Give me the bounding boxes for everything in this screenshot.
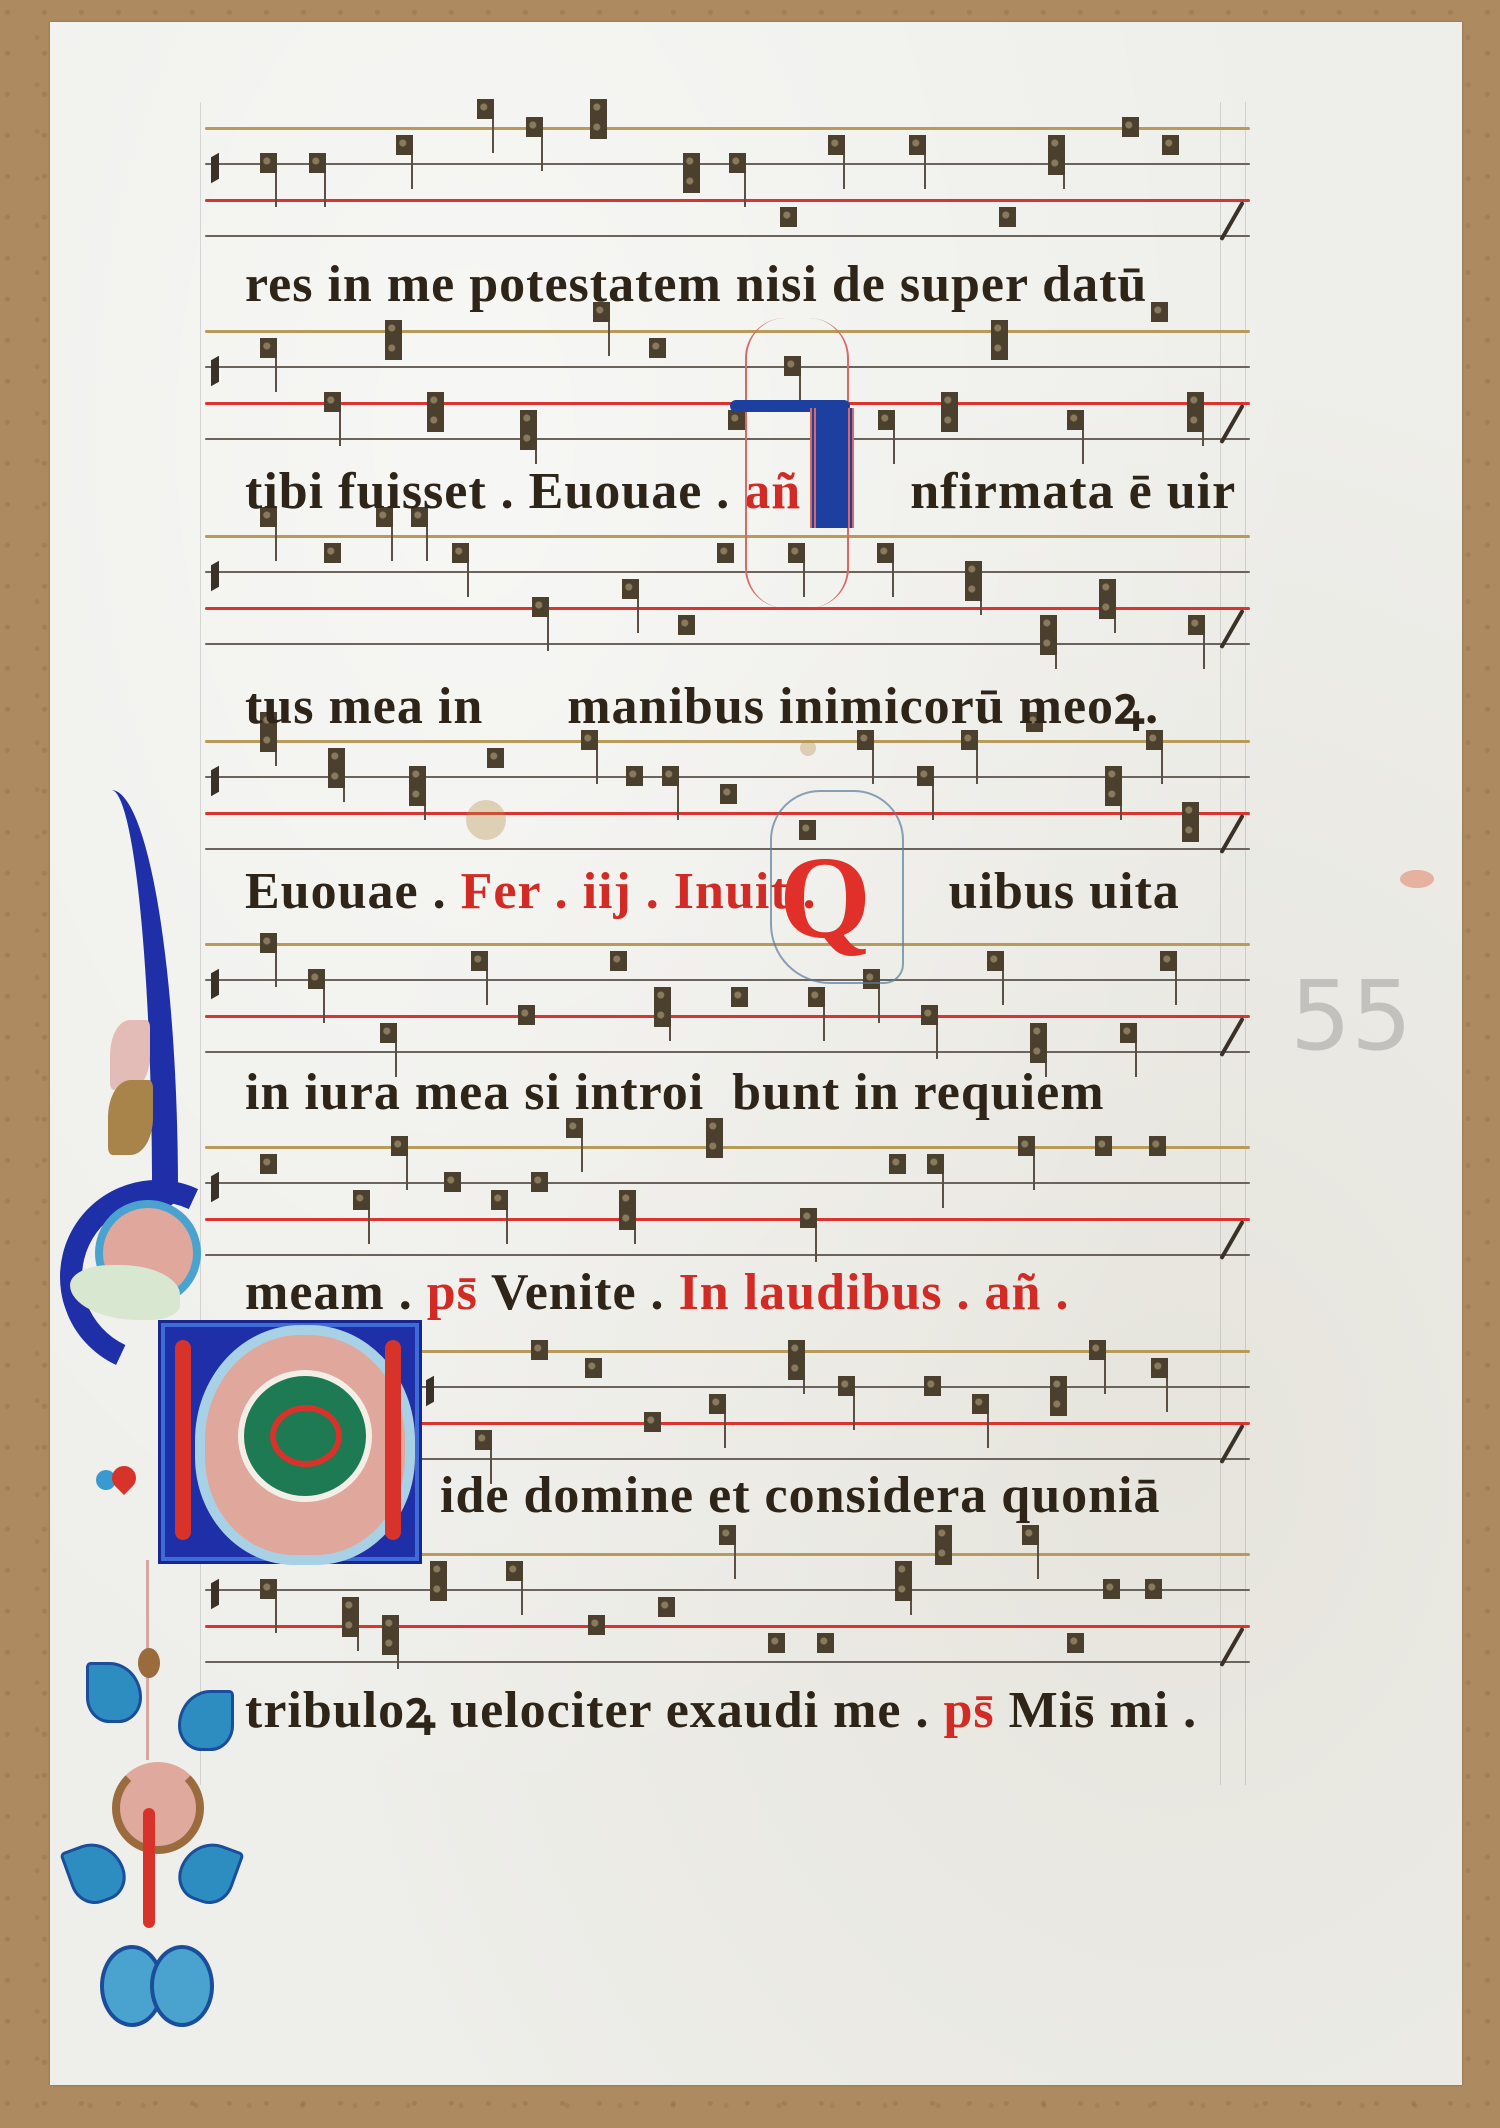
neume-note (1105, 766, 1122, 786)
border-pendant-bead (138, 1648, 160, 1678)
neume-note (941, 392, 958, 412)
neume-note (1103, 1579, 1120, 1599)
neume-note (328, 768, 345, 788)
staff-line-gold (205, 127, 1250, 130)
staff-line-dark (420, 1386, 1250, 1388)
staff-line-red (205, 199, 1250, 202)
lyric-text: res in me potestatem nisi de super datū (245, 256, 1147, 313)
neume-note (1120, 1023, 1137, 1043)
neume-note (532, 597, 549, 617)
stain (800, 740, 816, 756)
text-line-1: res in me potestatem nisi de super datū (245, 255, 1147, 314)
neume-note (531, 1172, 548, 1192)
neume-note (909, 135, 926, 155)
neume-note (1048, 135, 1065, 155)
neume-note (788, 1360, 805, 1380)
neume-note (518, 1005, 535, 1025)
neume-note (1122, 117, 1139, 137)
neume-note (342, 1597, 359, 1617)
rubric-lauds-antiphon: In laudibus . añ . (679, 1264, 1070, 1321)
neume-note (1030, 1023, 1047, 1043)
staff-line-red (205, 1625, 1250, 1628)
neume-note (817, 1633, 834, 1653)
neume-note (619, 1190, 636, 1210)
neume-note (382, 1615, 399, 1635)
neume-note (1067, 410, 1084, 430)
neume-note (729, 153, 746, 173)
lyric-text: in iura mea si introi bunt in requiem (245, 1064, 1105, 1121)
neume-note (260, 1579, 277, 1599)
neume-note (487, 748, 504, 768)
text-line-5: in iura mea si introi bunt in requiem (245, 1063, 1105, 1122)
neume-note (260, 1154, 277, 1174)
neume-note (1151, 302, 1168, 322)
neume-note (585, 1358, 602, 1378)
neume-note (991, 320, 1008, 340)
clef-icon (211, 356, 219, 387)
stain (1400, 870, 1434, 888)
clef-icon (211, 969, 219, 1000)
neume-note (719, 1525, 736, 1545)
neume-note (654, 1007, 671, 1027)
lyric-text: meam . (245, 1264, 413, 1321)
neume-note (520, 430, 537, 450)
neume-note (477, 99, 494, 119)
neume-note (1050, 1376, 1067, 1396)
lyric-text: ide domine et considera quoniā (440, 1467, 1161, 1524)
staff-line-dark (205, 1182, 1250, 1184)
neume-note (717, 543, 734, 563)
staff-line-dark (205, 366, 1250, 368)
staff-line-red (420, 1422, 1250, 1425)
neume-note (260, 338, 277, 358)
text-line-8: tribuloꝝ uelociter exaudi me . ps̄ Mis̄ … (245, 1672, 1197, 1743)
neume-note (1099, 599, 1116, 619)
neume-note (1048, 155, 1065, 175)
clef-icon (426, 1376, 434, 1407)
stain (466, 800, 506, 840)
neume-note (1149, 1136, 1166, 1156)
neume-note (658, 1597, 675, 1617)
lyric-text: uibus uita (949, 863, 1180, 920)
lyric-text: tribuloꝝ uelociter exaudi me . (245, 1682, 929, 1739)
illuminated-initial-bar-left (175, 1340, 191, 1540)
neume-note (1095, 1136, 1112, 1156)
staff-line-dark (205, 979, 1250, 981)
neume-note (430, 1581, 447, 1601)
neume-note (353, 1190, 370, 1210)
staff-line-dark (205, 1589, 1250, 1591)
text-line-3: tus mea in manibus inimicorū meoꝝ. (245, 668, 1159, 739)
border-leaf-gold (108, 1080, 153, 1155)
neume-note (1187, 412, 1204, 432)
neume-note (935, 1525, 952, 1545)
side-ornament-icon (96, 1466, 136, 1496)
staff-line-dark (205, 1661, 1250, 1663)
neume-note (965, 581, 982, 601)
neume-note (324, 392, 341, 412)
neume-note (1099, 579, 1116, 599)
neume-note (619, 1210, 636, 1230)
staff-line-gold (205, 740, 1250, 743)
neume-note (590, 119, 607, 139)
clef-icon (211, 561, 219, 592)
neume-note (1067, 1633, 1084, 1653)
neume-note (877, 543, 894, 563)
neume-note (409, 766, 426, 786)
neume-note (444, 1172, 461, 1192)
neume-note (1182, 822, 1199, 842)
neume-note (520, 410, 537, 430)
neume-note (452, 543, 469, 563)
neume-note (626, 766, 643, 786)
text-line-6: meam . ps̄ Venite . In laudibus . añ . (245, 1263, 1069, 1322)
neume-note (706, 1138, 723, 1158)
neume-note (999, 207, 1016, 227)
neume-note (1160, 951, 1177, 971)
illuminated-initial-bar-right (385, 1340, 401, 1540)
neume-note (917, 766, 934, 786)
neume-note (683, 173, 700, 193)
neume-note (720, 784, 737, 804)
neume-note (1151, 1358, 1168, 1378)
text-line-7: ide domine et considera quoniā (440, 1466, 1161, 1525)
staff-line-red (205, 1015, 1250, 1018)
lyric-text: Venite . (491, 1264, 665, 1321)
neume-note (385, 340, 402, 360)
initial-I (810, 408, 854, 528)
neume-note (1188, 615, 1205, 635)
staff-line-red (205, 607, 1250, 610)
clef-icon (211, 766, 219, 797)
staff-line-dark (205, 643, 1250, 645)
neume-note (965, 561, 982, 581)
neume-note (768, 1633, 785, 1653)
neume-note (409, 786, 426, 806)
neume-note (309, 153, 326, 173)
staff-line-dark (205, 163, 1250, 165)
neume-note (380, 1023, 397, 1043)
border-bulb (150, 1945, 214, 2027)
neume-note (382, 1635, 399, 1655)
neume-note (941, 412, 958, 432)
neume-note (972, 1394, 989, 1414)
neume-note (935, 1545, 952, 1565)
neume-note (1182, 802, 1199, 822)
neume-note (1030, 1043, 1047, 1063)
neume-note (328, 748, 345, 768)
neume-note (731, 987, 748, 1007)
neume-note (588, 1615, 605, 1635)
lyric-text: tibi fuisset . Euouae . (245, 463, 730, 520)
neume-note (662, 766, 679, 786)
staff-line-dark (205, 571, 1250, 573)
border-pendant-red (143, 1808, 155, 1928)
neume-note (491, 1190, 508, 1210)
neume-note (924, 1376, 941, 1396)
neume-note (683, 153, 700, 173)
lyric-text: Mis̄ mi . (1009, 1682, 1198, 1739)
neume-note (1089, 1340, 1106, 1360)
neume-note (385, 320, 402, 340)
neume-note (1162, 135, 1179, 155)
staff-line-gold (205, 330, 1250, 333)
neume-note (1050, 1396, 1067, 1416)
neume-note (838, 1376, 855, 1396)
staff-line-red (205, 812, 1250, 815)
neume-note (308, 969, 325, 989)
staff-line-gold (205, 535, 1250, 538)
neume-note (506, 1561, 523, 1581)
neume-note (921, 1005, 938, 1025)
neume-note (1105, 786, 1122, 806)
staff-line-gold (205, 943, 1250, 946)
illuminated-initial-knot (270, 1405, 342, 1467)
text-line-4: Euouae . Fer . iij . Inuit . uibus uita (245, 862, 1180, 921)
neume-note (780, 207, 797, 227)
lyric-text: nfirmata ē uir (910, 463, 1236, 520)
neume-note (531, 1340, 548, 1360)
staff-line-dark (205, 1254, 1250, 1256)
neume-note (260, 933, 277, 953)
clef-icon (211, 1579, 219, 1610)
neume-note (260, 153, 277, 173)
neume-note (590, 99, 607, 119)
staff-line-gold (205, 1146, 1250, 1149)
staff-line-dark (205, 848, 1250, 850)
border-roundel (112, 1762, 204, 1854)
rubric-psalm: ps̄ (943, 1682, 994, 1739)
neume-note (800, 1208, 817, 1228)
neume-note (475, 1430, 492, 1450)
neume-note (1187, 392, 1204, 412)
neume-note (1145, 1579, 1162, 1599)
lyric-text: tus mea in manibus inimicorū meoꝝ. (245, 678, 1159, 735)
neume-note (808, 987, 825, 1007)
staff-line-dark (420, 1458, 1250, 1460)
neume-note (622, 579, 639, 599)
neume-note (427, 392, 444, 412)
neume-note (1022, 1525, 1039, 1545)
neume-note (396, 135, 413, 155)
neume-note (526, 117, 543, 137)
text-line-2: tibi fuisset . Euouae . añ nfirmata ē ui… (245, 462, 1236, 521)
neume-note (987, 951, 1004, 971)
neume-note (391, 1136, 408, 1156)
neume-note (1040, 635, 1057, 655)
rubric-psalm: ps̄ (427, 1264, 478, 1321)
neume-note (430, 1561, 447, 1581)
neume-note (828, 135, 845, 155)
neume-note (471, 951, 488, 971)
lyric-text: Euouae . (245, 863, 447, 920)
neume-note (678, 615, 695, 635)
neume-note (342, 1617, 359, 1637)
staff-line-red (205, 1218, 1250, 1221)
neume-note (1040, 615, 1057, 635)
neume-note (610, 951, 627, 971)
neume-note (991, 340, 1008, 360)
neume-note (895, 1581, 912, 1601)
neume-note (728, 410, 745, 430)
initial-Q: Q (770, 843, 880, 953)
neume-note (788, 1340, 805, 1360)
staff-line-dark (205, 776, 1250, 778)
neume-note (324, 543, 341, 563)
neume-note (427, 412, 444, 432)
rubric-feria-invitatory: Fer . iij . Inuit . (461, 863, 817, 920)
neume-note (649, 338, 666, 358)
neume-note (878, 410, 895, 430)
staff-line-dark (205, 1051, 1250, 1053)
neume-note (709, 1394, 726, 1414)
folio-number: 55 (1290, 960, 1412, 1072)
neume-note (895, 1561, 912, 1581)
staff-line-dark (205, 235, 1250, 237)
neume-note (927, 1154, 944, 1174)
clef-icon (211, 153, 219, 184)
neume-note (1018, 1136, 1035, 1156)
neume-note (889, 1154, 906, 1174)
staff-line-dark (205, 438, 1250, 440)
neume-note (654, 987, 671, 1007)
staff-line-red (205, 402, 1250, 405)
neume-note (644, 1412, 661, 1432)
